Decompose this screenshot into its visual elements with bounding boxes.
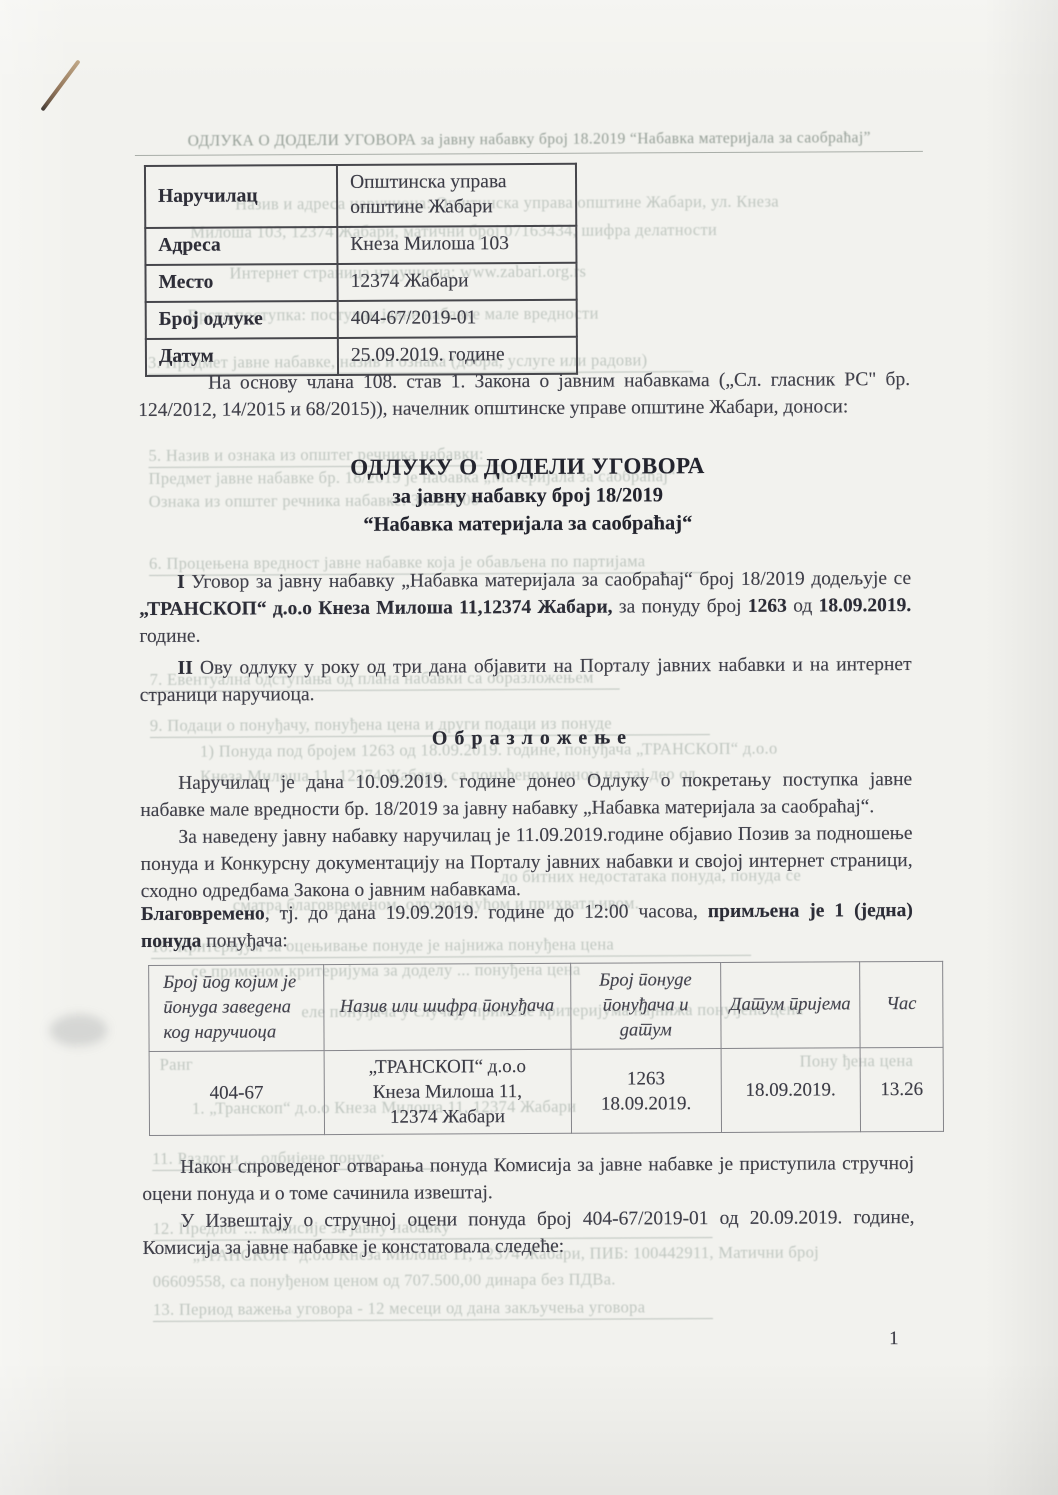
offer-receipt-date: 18.09.2019. bbox=[721, 1048, 860, 1133]
offers-col-offer-number: Број понуде понуђача и датум bbox=[570, 963, 721, 1050]
offers-table: Број под којим је понуда заведена код на… bbox=[148, 961, 944, 1136]
rationale-paragraph-1: Наручилац је дана 10.09.2019. године дон… bbox=[140, 766, 912, 824]
info-value-cell: Општинска управа општине Жабари bbox=[337, 164, 576, 227]
article-2-paragraph: II Ову одлуку у року од три дана објавит… bbox=[140, 651, 912, 709]
text-segment: 1263 bbox=[748, 596, 787, 617]
info-row: Адреса Кнеза Милоша 103 bbox=[145, 226, 576, 265]
text-segment: Благовремено bbox=[141, 903, 265, 925]
offers-table-header-row: Број под којим је понуда заведена код на… bbox=[149, 961, 943, 1051]
text-segment: , тј. до дана 19.09.2019. године до 12:0… bbox=[265, 901, 708, 924]
article-1-paragraph: I Уговор за јавну набавку „Набавка матер… bbox=[139, 565, 911, 650]
info-row: Број одлуке 404-67/2019-01 bbox=[146, 300, 577, 339]
text-segment: Уговор за јавну набавку „Набавка материј… bbox=[185, 568, 912, 593]
info-label-cell: Број одлуке bbox=[146, 301, 338, 339]
timely-offers-paragraph: Благовремено, тј. до дана 19.09.2019. го… bbox=[141, 897, 913, 955]
info-label-cell: Место bbox=[145, 264, 337, 302]
bleedthrough-line: 06609558, са понуђеном ценом од 707.500,… bbox=[153, 1268, 753, 1292]
bidder-name-line: „ТРАНСКОП“ д.о.о bbox=[332, 1054, 562, 1080]
text-segment: Ову одлуку у року од три дана објавити н… bbox=[140, 654, 912, 706]
offers-col-bidder-name: Назив или шифра понуђача bbox=[323, 963, 571, 1050]
text-segment: за понуду број bbox=[612, 596, 747, 618]
info-label-cell: Адреса bbox=[145, 227, 337, 265]
text-segment: 18.09.2019. bbox=[819, 595, 912, 616]
info-row: Место 12374 Жабари bbox=[145, 263, 576, 302]
expert-report-paragraph: У Извештају о стручној оцени понуда број… bbox=[142, 1204, 914, 1262]
info-value-cell: 404-67/2019-01 bbox=[338, 300, 577, 338]
text-segment: „ТРАНСКОП“ д.о.о Кнеза Милоша 11,12374 Ж… bbox=[139, 597, 612, 620]
offer-receipt-time: 13.26 bbox=[860, 1047, 944, 1131]
offer-number-and-date: 1263 18.09.2019. bbox=[571, 1048, 722, 1133]
offer-number: 1263 bbox=[579, 1066, 712, 1092]
rationale-paragraph-2: За наведену јавну набавку наручилац је 1… bbox=[140, 820, 912, 905]
offers-col-time: Час bbox=[860, 961, 944, 1047]
authority-info-table: Наручилац Општинска управа општине Жабар… bbox=[144, 163, 578, 377]
offers-col-registered-number: Број под којим је понуда заведена код на… bbox=[149, 965, 324, 1052]
info-label-cell: Наручилац bbox=[145, 165, 337, 228]
offer-date: 18.09.2019. bbox=[579, 1091, 712, 1117]
info-row: Наручилац Општинска управа општине Жабар… bbox=[145, 164, 576, 228]
text-segment: понуђача: bbox=[201, 930, 288, 951]
bidder-name-line: Кнеза Милоша 11, bbox=[332, 1079, 562, 1105]
offer-registered-number: 404-67 bbox=[149, 1051, 324, 1136]
offers-data-row: 404-67 „ТРАНСКОП“ д.о.о Кнеза Милоша 11,… bbox=[149, 1047, 943, 1135]
offer-bidder-name: „ТРАНСКОП“ д.о.о Кнеза Милоша 11, 12374 … bbox=[324, 1049, 572, 1134]
info-value-cell: Кнеза Милоша 103 bbox=[337, 226, 576, 264]
bidder-name-line: 12374 Жабари bbox=[332, 1104, 562, 1130]
scanned-document-page: Назив и адреса наручиоца: Општинска упра… bbox=[0, 0, 1058, 1495]
decision-subject: “Набавка материјала за саобраћај“ bbox=[0, 507, 1057, 541]
bleedthrough-line: 13. Период важења уговора - 12 месеци од… bbox=[153, 1296, 713, 1322]
text-segment: године. bbox=[139, 626, 200, 647]
offers-col-receipt-date: Датум пријема bbox=[720, 962, 859, 1049]
text-segment: II bbox=[178, 658, 193, 679]
legal-basis-paragraph: На основу члана 108. став 1. Закона о ја… bbox=[138, 366, 910, 424]
text-segment: од bbox=[787, 595, 819, 616]
ink-smudge bbox=[49, 1014, 107, 1046]
text-segment: I bbox=[177, 572, 185, 593]
post-opening-paragraph: Након спроведеног отварања понуда Комиси… bbox=[142, 1150, 914, 1208]
page-number: 1 bbox=[889, 1328, 899, 1350]
decision-title-block: ОДЛУКУ О ДОДЕЛИ УГОВОРА за јавну набавку… bbox=[0, 449, 1057, 541]
info-value-cell: 12374 Жабари bbox=[337, 263, 576, 301]
